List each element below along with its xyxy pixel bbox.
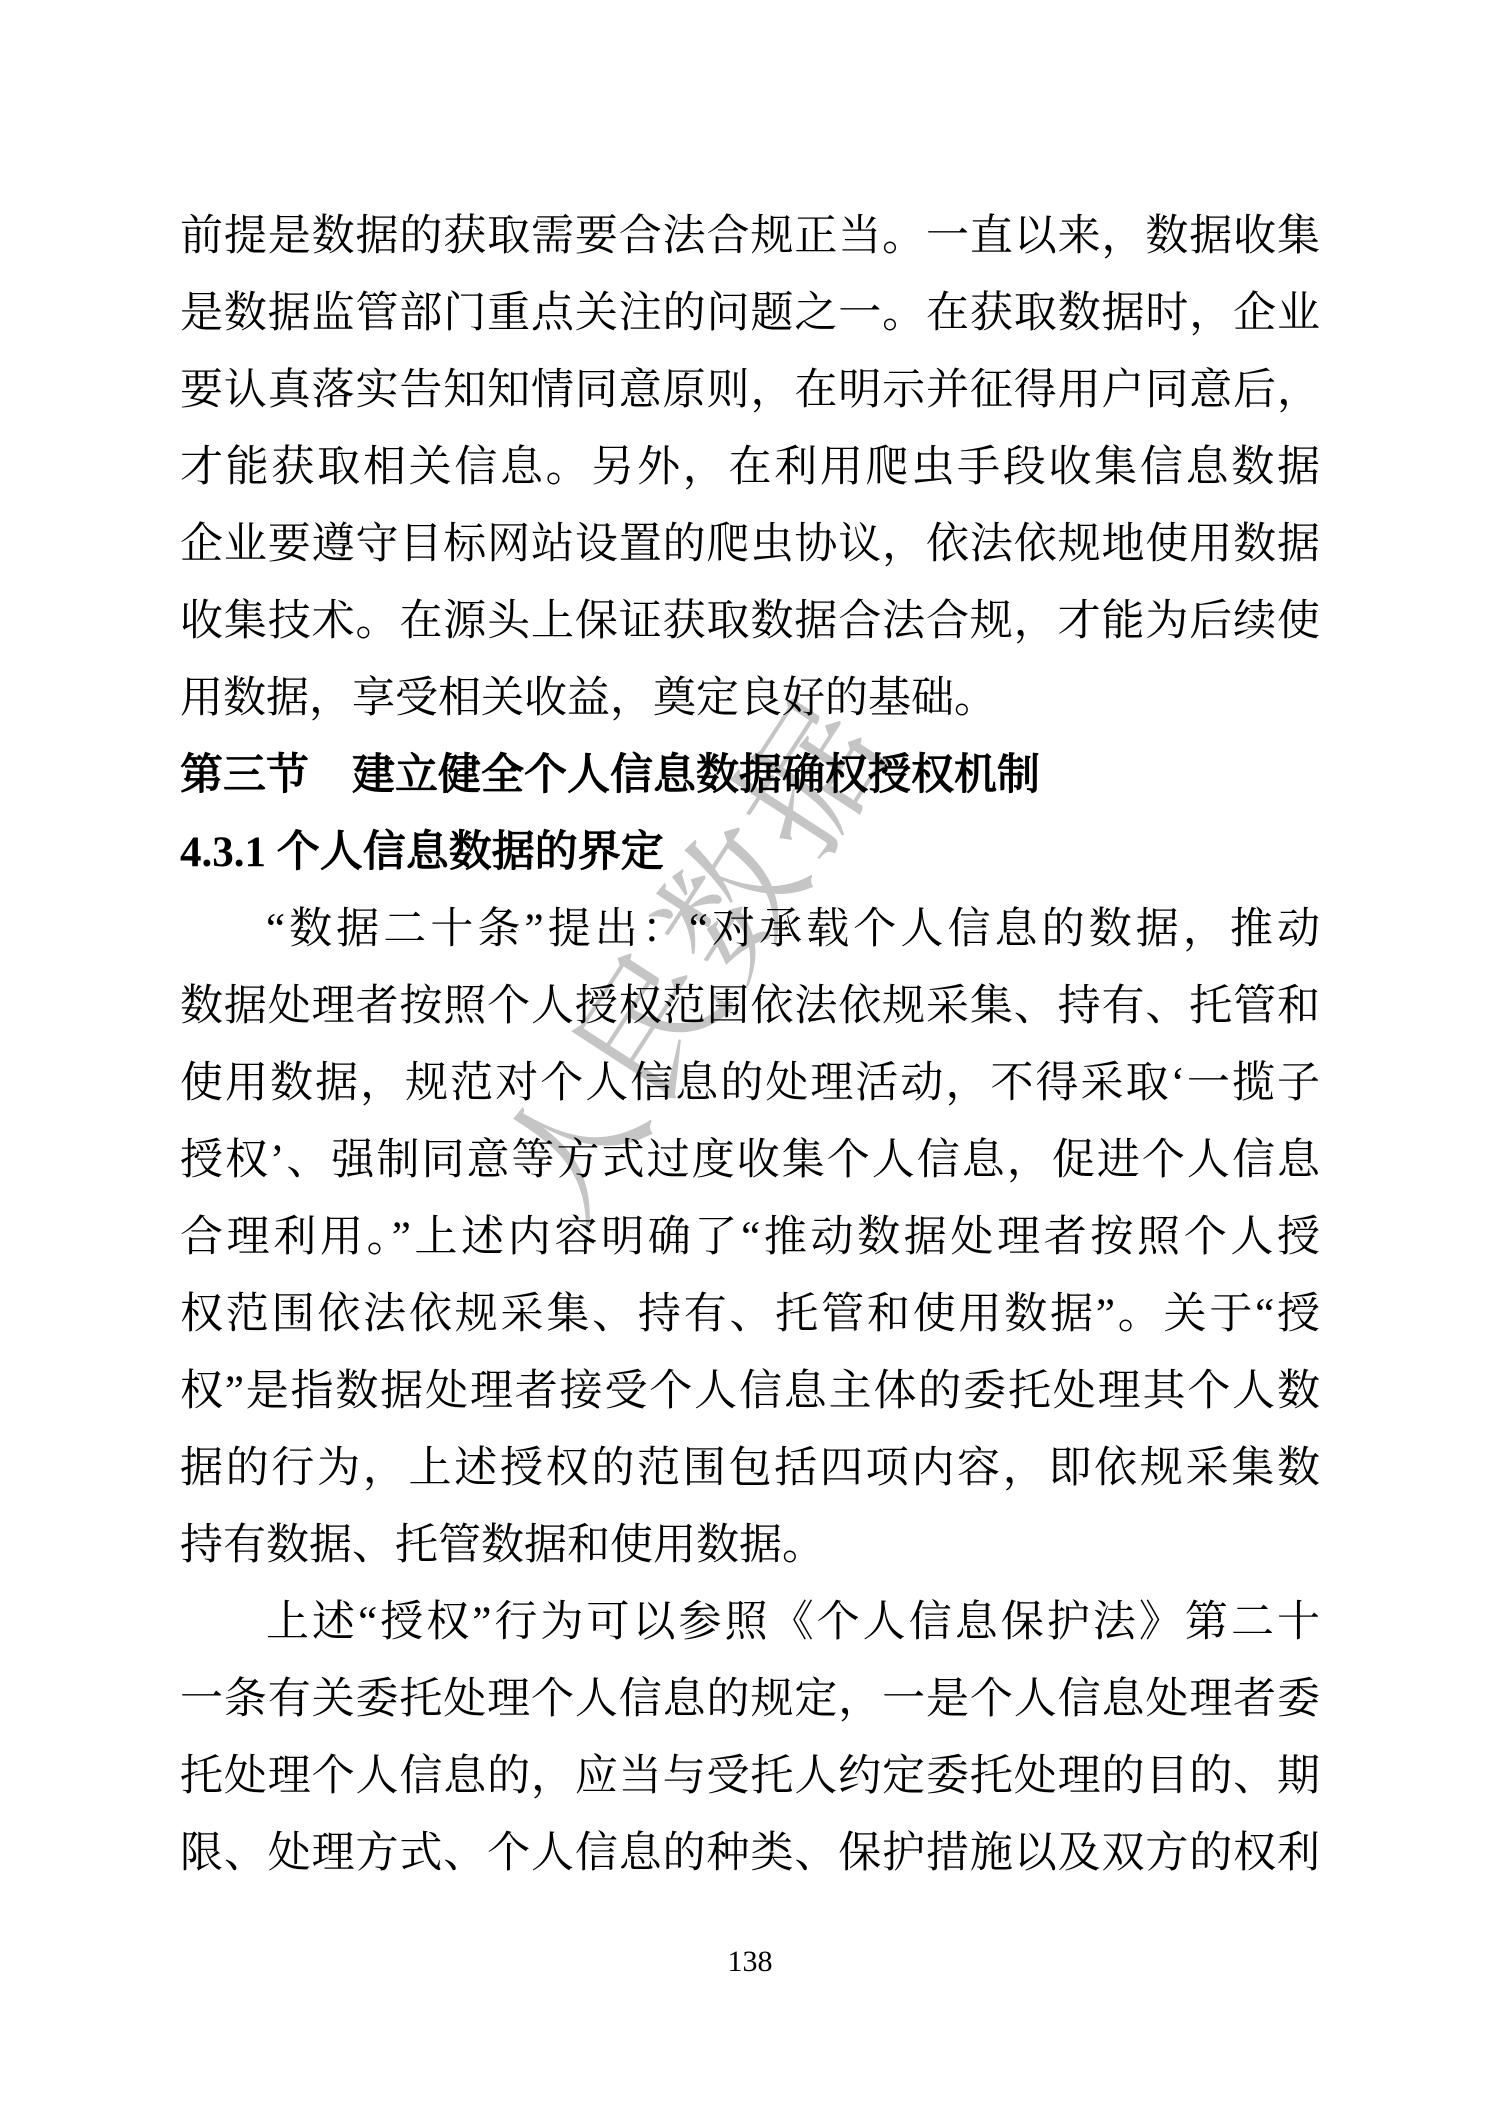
body-line: 使用数据，规范对个人信息的处理活动，不得采取‘一揽子: [180, 1045, 1320, 1122]
body-line: 权范围依法依规采集、持有、托管和使用数据”。关于“授: [180, 1276, 1320, 1353]
body-line: 用数据，享受相关收益，奠定良好的基础。: [180, 660, 1320, 737]
body-line: 要认真落实告知知情同意原则，在明示并征得用户同意后，: [180, 352, 1320, 429]
body-line: “数据二十条”提出：“对承载个人信息的数据，推动: [180, 891, 1320, 968]
body-line: 上述“授权”行为可以参照《个人信息保护法》第二十: [180, 1584, 1320, 1661]
body-line: 限、处理方式、个人信息的种类、保护措施以及双方的权利: [180, 1815, 1320, 1892]
body-line: 据的行为，上述授权的范围包括四项内容，即依规采集数据、: [180, 1430, 1320, 1507]
body-line: 数据处理者按照个人授权范围依法依规采集、持有、托管和: [180, 968, 1320, 1045]
page-number: 138: [0, 1942, 1500, 1982]
body-line: 前提是数据的获取需要合法合规正当。一直以来，数据收集: [180, 198, 1320, 275]
body-line: 是数据监管部门重点关注的问题之一。在获取数据时，企业: [180, 275, 1320, 352]
page-content: 前提是数据的获取需要合法合规正当。一直以来，数据收集 是数据监管部门重点关注的问…: [180, 198, 1320, 1892]
body-line: 收集技术。在源头上保证获取数据合法合规，才能为后续使: [180, 583, 1320, 660]
body-line: 权”是指数据处理者接受个人信息主体的委托处理其个人数: [180, 1353, 1320, 1430]
body-line: 才能获取相关信息。另外，在利用爬虫手段收集信息数据时，: [180, 429, 1320, 506]
body-line: 持有数据、托管数据和使用数据。: [180, 1507, 1320, 1584]
section-heading: 第三节 建立健全个人信息数据确权授权机制: [180, 737, 1320, 814]
body-line: 企业要遵守目标网站设置的爬虫协议，依法依规地使用数据: [180, 506, 1320, 583]
body-line: 一条有关委托处理个人信息的规定，一是个人信息处理者委: [180, 1661, 1320, 1738]
body-line: 授权’、强制同意等方式过度收集个人信息，促进个人信息: [180, 1122, 1320, 1199]
document-page: 人民数据 前提是数据的获取需要合法合规正当。一直以来，数据收集 是数据监管部门重…: [0, 0, 1500, 2121]
body-line: 合理利用。”上述内容明确了“推动数据处理者按照个人授: [180, 1199, 1320, 1276]
body-line: 托处理个人信息的，应当与受托人约定委托处理的目的、期: [180, 1738, 1320, 1815]
subsection-heading: 4.3.1 个人信息数据的界定: [180, 814, 1320, 891]
